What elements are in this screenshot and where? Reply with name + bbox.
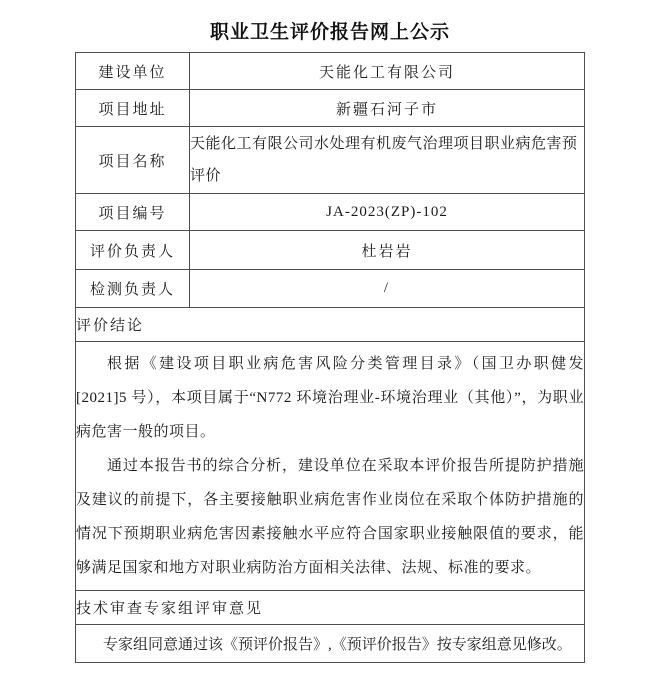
table-row-conclusion-header: 评价结论 (76, 308, 585, 342)
field-label-project-address: 项目地址 (76, 90, 190, 127)
conclusion-header: 评价结论 (76, 308, 585, 342)
review-header: 技术审查专家组评审意见 (76, 591, 585, 625)
field-value-project-number: JA-2023(ZP)-102 (190, 194, 585, 231)
table-row-testing-leader: 检测负责人 / (76, 270, 585, 308)
page-title: 职业卫生评价报告网上公示 (75, 0, 585, 44)
field-value-project-name: 天能化工有限公司水处理有机废气治理项目职业病危害预评价 (190, 127, 585, 194)
field-label-project-name: 项目名称 (76, 127, 190, 194)
field-value-project-address: 新疆石河子市 (190, 90, 585, 127)
conclusion-paragraph-2: 通过本报告书的综合分析，建设单位在采取本评价报告所提防护措施及建议的前提下，各主… (76, 449, 584, 585)
conclusion-paragraph-1: 根据《建设项目职业病危害风险分类管理目录》（国卫办职健发[2021]5 号），本… (76, 347, 584, 449)
field-label-project-number: 项目编号 (76, 194, 190, 231)
field-label-construction-unit: 建设单位 (76, 53, 190, 90)
table-row-conclusion-body: 根据《建设项目职业病危害风险分类管理目录》（国卫办职健发[2021]5 号），本… (76, 342, 585, 591)
review-text: 专家组同意通过该《预评价报告》,《预评价报告》按专家组意见修改。 (76, 625, 585, 663)
table-row-project-number: 项目编号 JA-2023(ZP)-102 (76, 194, 585, 231)
table-row-evaluation-leader: 评价负责人 杜岩岩 (76, 231, 585, 270)
publicity-table: 建设单位 天能化工有限公司 项目地址 新疆石河子市 项目名称 天能化工有限公司水… (75, 52, 585, 663)
field-label-evaluation-leader: 评价负责人 (76, 231, 190, 270)
table-row-construction-unit: 建设单位 天能化工有限公司 (76, 53, 585, 90)
publicity-document: 职业卫生评价报告网上公示 建设单位 天能化工有限公司 项目地址 新疆石河子市 项… (0, 0, 650, 697)
table-row-review-header: 技术审查专家组评审意见 (76, 591, 585, 625)
field-value-construction-unit: 天能化工有限公司 (190, 53, 585, 90)
table-row-project-address: 项目地址 新疆石河子市 (76, 90, 585, 127)
table-row-review-text: 专家组同意通过该《预评价报告》,《预评价报告》按专家组意见修改。 (76, 625, 585, 663)
field-value-evaluation-leader: 杜岩岩 (190, 231, 585, 270)
table-row-project-name: 项目名称 天能化工有限公司水处理有机废气治理项目职业病危害预评价 (76, 127, 585, 194)
conclusion-body: 根据《建设项目职业病危害风险分类管理目录》（国卫办职健发[2021]5 号），本… (76, 342, 585, 591)
field-value-testing-leader: / (190, 270, 585, 308)
field-label-testing-leader: 检测负责人 (76, 270, 190, 308)
